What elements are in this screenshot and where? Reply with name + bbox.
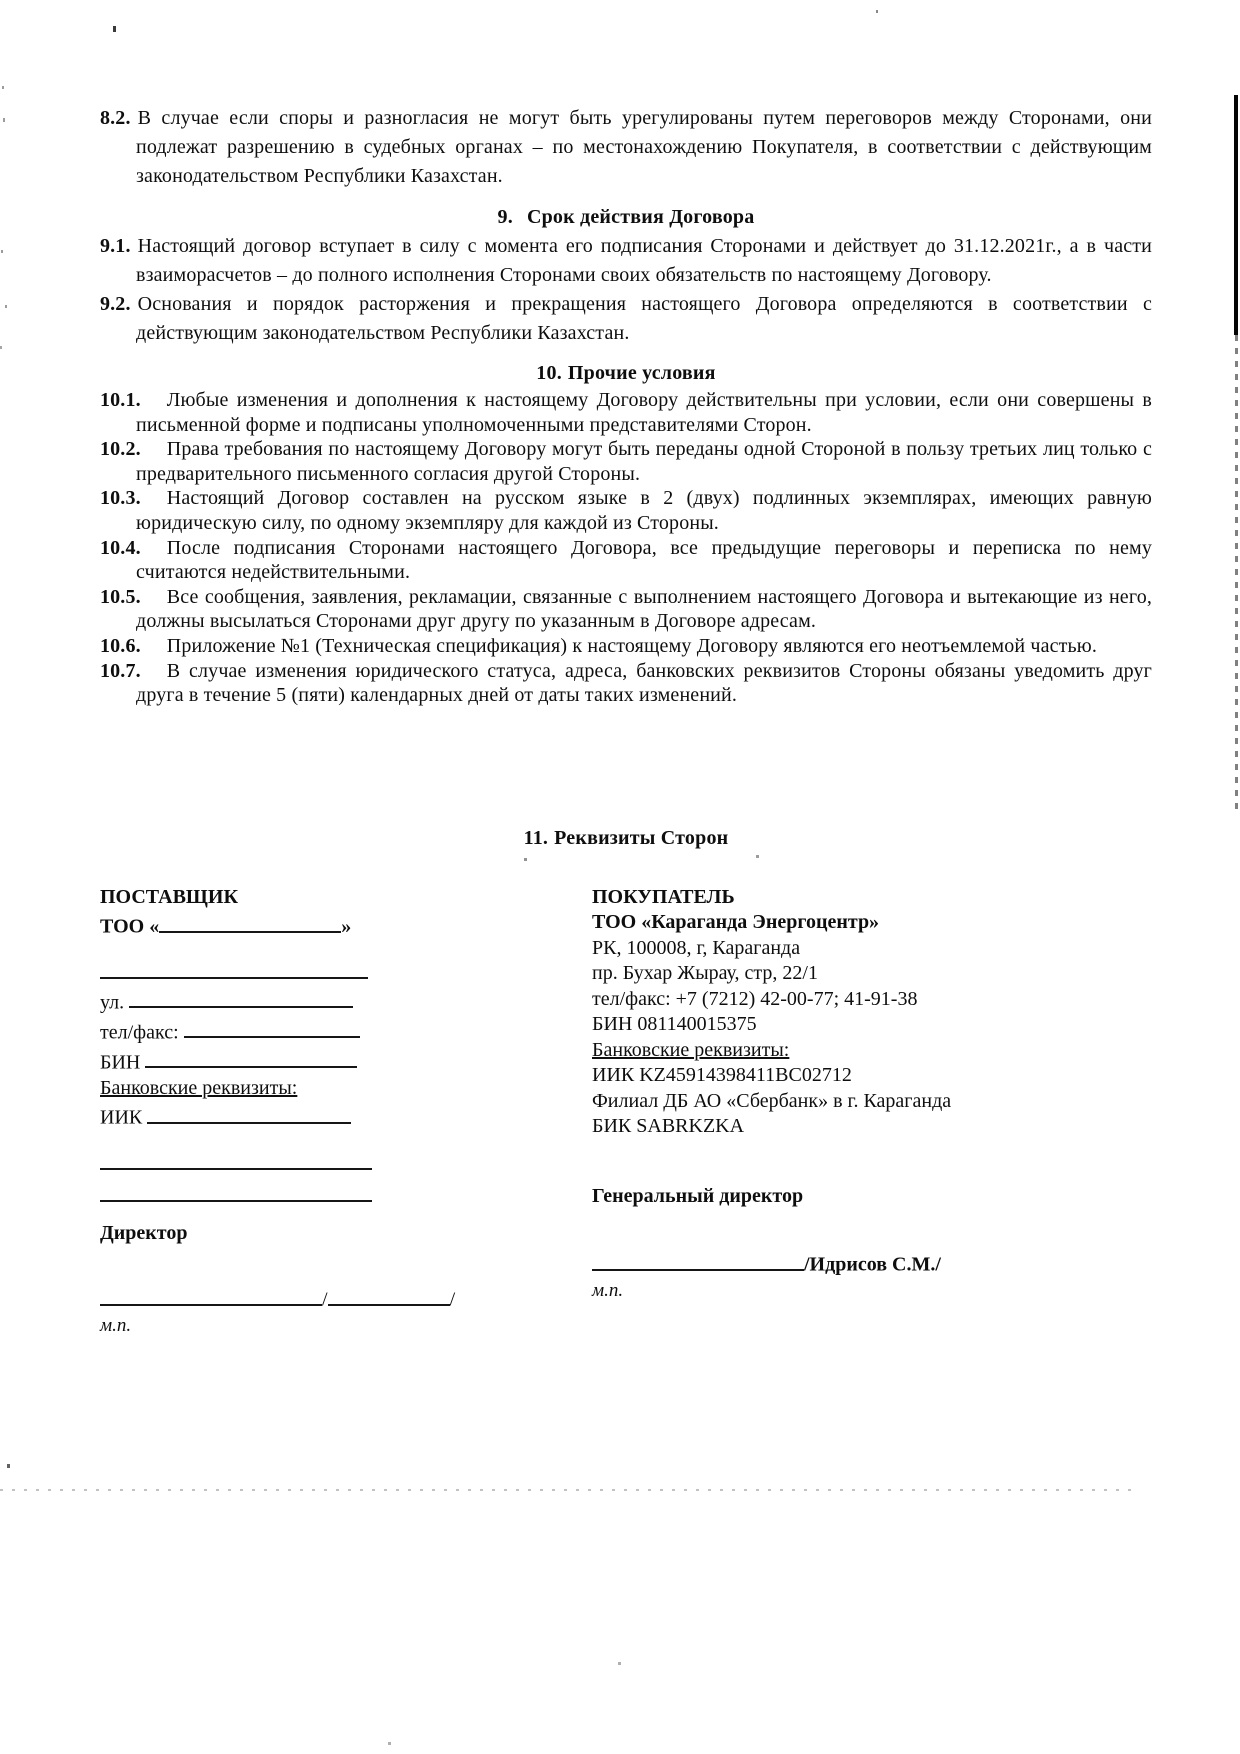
supplier-signer-title: Директор [100, 1221, 592, 1247]
clause-10-6: 10.6.Приложение №1 (Техническая специфик… [100, 634, 1152, 659]
buyer-name: ТОО «Караганда Энергоцентр» [592, 910, 1152, 936]
supplier-bin-row: БИН [100, 1046, 592, 1076]
supplier-address-blank-row [100, 956, 592, 986]
clause-text: Все сообщения, заявления, рекламации, св… [136, 586, 1152, 633]
clause-text: Настоящий договор вступает в силу с моме… [136, 235, 1152, 286]
buyer-phone: тел/факс: +7 (7212) 42-00-77; 41-91-38 [592, 987, 1152, 1013]
buyer-bank-label: Банковские реквизиты: [592, 1038, 1152, 1064]
clause-10-7: 10.7.В случае изменения юридического ста… [100, 659, 1152, 708]
section-10-heading: 10.Прочие условия [100, 359, 1152, 388]
buyer-signature-row: /Идрисов С.М./ [592, 1248, 1152, 1278]
spacer [100, 1210, 592, 1221]
section-10-clauses: 10.1.Любые изменения и дополнения к наст… [100, 388, 1152, 708]
section-number: 11. [524, 827, 549, 849]
buyer-signature-blank [592, 1248, 804, 1270]
clause-number: 10.5. [100, 586, 141, 608]
clause-number: 10.1. [100, 389, 141, 411]
clause-text: Приложение №1 (Техническая спецификация)… [167, 635, 1097, 657]
scan-speck [3, 118, 5, 122]
phone-label: тел/факс: [100, 1021, 179, 1043]
section-title: Срок действия Договора [527, 206, 755, 228]
supplier-iik-row: ИИК [100, 1101, 592, 1131]
clause-number: 9.1. [100, 235, 131, 257]
section-number: 9. [498, 206, 513, 228]
clause-text: В случае изменения юридического статуса,… [136, 660, 1152, 707]
supplier-signature-blank [100, 1283, 322, 1305]
street-label: ул. [100, 991, 124, 1013]
iik-label: ИИК [100, 1107, 142, 1129]
buyer-bik: БИК SABRKZKA [592, 1114, 1152, 1140]
supplier-extra-blank [100, 1180, 372, 1202]
clause-number: 8.2. [100, 107, 131, 129]
section-11-heading: 11.Реквизиты Сторон [100, 824, 1152, 853]
buyer-address-line-1: РК, 100008, г, Караганда [592, 936, 1152, 962]
clause-number: 10.7. [100, 660, 141, 682]
clause-number: 10.2. [100, 438, 141, 460]
supplier-role-label: ПОСТАВЩИК [100, 885, 592, 911]
clause-number: 10.4. [100, 537, 141, 559]
supplier-name-row: ТОО «» [100, 910, 592, 940]
clause-9-2: 9.2.Основания и порядок расторжения и пр… [100, 290, 1152, 348]
bin-label: БИН [100, 1051, 140, 1073]
contract-body: 8.2.В случае если споры и разногласия не… [100, 104, 1152, 1339]
spacer [100, 940, 592, 956]
scan-noise-edge-dashes [1235, 335, 1238, 815]
buyer-bin: БИН 081140015375 [592, 1012, 1152, 1038]
clause-text: Настоящий Договор составлен на русском я… [136, 487, 1152, 534]
supplier-signature-name-blank [328, 1283, 450, 1305]
supplier-seal-label: м.п. [100, 1313, 592, 1339]
clause-10-2: 10.2.Права требования по настоящему Дого… [100, 437, 1152, 486]
scan-speck [7, 1464, 10, 1468]
buyer-seal-label: м.п. [592, 1278, 1152, 1304]
spacer [592, 1140, 1152, 1184]
clause-text: В случае если споры и разногласия не мог… [136, 107, 1152, 187]
buyer-signer-title: Генеральный директор [592, 1184, 1152, 1210]
supplier-street-row: ул. [100, 986, 592, 1016]
supplier-extra-blank-row [100, 1180, 592, 1210]
scan-speck [0, 346, 2, 349]
scan-speck [388, 1742, 391, 1745]
supplier-bin-blank [145, 1046, 357, 1068]
supplier-phone-blank [184, 1016, 360, 1038]
buyer-role-label: ПОКУПАТЕЛЬ [592, 885, 1152, 911]
section-title: Реквизиты Сторон [554, 827, 728, 849]
requisites-block: ПОСТАВЩИК ТОО «» ул. тел/факс: БИН Банко… [100, 885, 1152, 1339]
scan-speck [1, 250, 3, 253]
scan-speck [618, 1662, 621, 1665]
supplier-signature-row: // [100, 1283, 592, 1313]
scan-speck [756, 855, 759, 858]
section-number: 10. [536, 362, 562, 384]
clause-number: 9.2. [100, 293, 131, 315]
scan-speck [876, 10, 878, 13]
supplier-street-blank [129, 986, 353, 1008]
supplier-phone-row: тел/факс: [100, 1016, 592, 1046]
supplier-name-suffix: » [341, 916, 351, 938]
section-9-heading: 9.Срок действия Договора [100, 203, 1152, 232]
scan-noise-dotted-row [0, 1489, 1140, 1491]
clause-text: Основания и порядок расторжения и прекра… [136, 293, 1152, 344]
clause-9-1: 9.1.Настоящий договор вступает в силу с … [100, 232, 1152, 290]
clause-8-2: 8.2.В случае если споры и разногласия не… [100, 104, 1152, 191]
clause-10-5: 10.5.Все сообщения, заявления, рекламаци… [100, 585, 1152, 634]
clause-number: 10.3. [100, 487, 141, 509]
contract-page: 8.2.В случае если споры и разногласия не… [0, 0, 1240, 1754]
buyer-signer-name: /Идрисов С.М./ [804, 1254, 941, 1276]
buyer-bank-branch: Филиал ДБ АО «Сбербанк» в г. Караганда [592, 1089, 1152, 1115]
section-title: Прочие условия [568, 362, 716, 384]
clause-text: Любые изменения и дополнения к настоящем… [136, 389, 1152, 436]
supplier-bank-label: Банковские реквизиты: [100, 1076, 592, 1102]
signature-slash: / [450, 1289, 456, 1311]
spacer [592, 1209, 1152, 1248]
scan-speck [524, 858, 527, 861]
supplier-name-prefix: ТОО « [100, 916, 159, 938]
supplier-extra-blank-row [100, 1148, 592, 1178]
clause-text: Права требования по настоящему Договору … [136, 438, 1152, 485]
clause-10-3: 10.3.Настоящий Договор составлен на русс… [100, 486, 1152, 535]
supplier-address-blank [100, 956, 368, 978]
scan-speck [5, 305, 7, 308]
buyer-address-line-2: пр. Бухар Жырау, стр, 22/1 [592, 961, 1152, 987]
buyer-iik: ИИК KZ45914398411BC02712 [592, 1063, 1152, 1089]
buyer-column: ПОКУПАТЕЛЬ ТОО «Караганда Энергоцентр» Р… [592, 885, 1152, 1339]
clause-number: 10.6. [100, 635, 141, 657]
supplier-extra-blank [100, 1148, 372, 1170]
spacer [100, 1246, 592, 1283]
scan-speck [2, 86, 4, 89]
supplier-column: ПОСТАВЩИК ТОО «» ул. тел/факс: БИН Банко… [100, 885, 592, 1339]
clause-10-1: 10.1.Любые изменения и дополнения к наст… [100, 388, 1152, 437]
scan-speck [113, 26, 116, 32]
supplier-iik-blank [147, 1101, 351, 1123]
spacer [100, 1131, 592, 1148]
supplier-name-blank [159, 910, 341, 932]
clause-10-4: 10.4.После подписания Сторонами настояще… [100, 536, 1152, 585]
clause-text: После подписания Сторонами настоящего До… [136, 537, 1152, 584]
scan-noise-edge-line [1234, 95, 1238, 335]
